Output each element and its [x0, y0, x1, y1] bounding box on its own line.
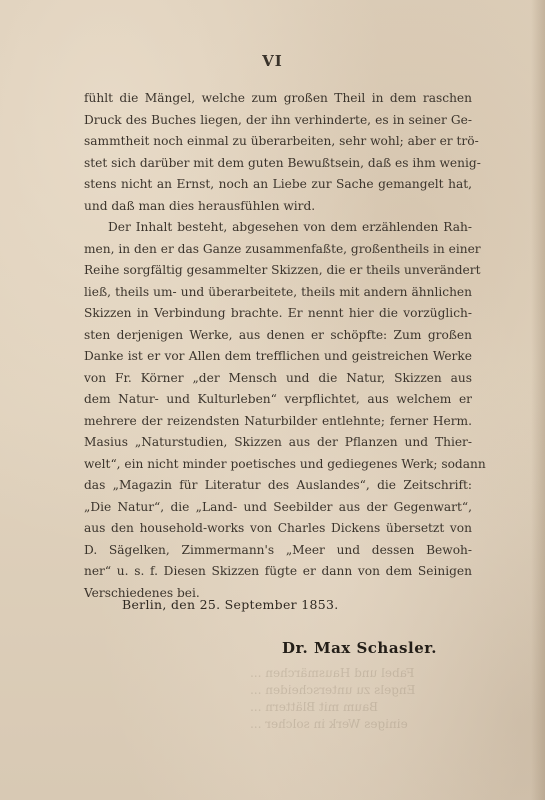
dateline: Berlin, den 25. September 1853.: [122, 597, 339, 612]
author-signature: Dr. Max Schasler.: [282, 639, 437, 657]
text-line: „Die Natur“, die „Land- und Seebilder au…: [84, 497, 472, 519]
text-line: Der Inhalt besteht, abgesehen von dem er…: [84, 217, 472, 239]
text-line: welt“, ein nicht minder poetisches und g…: [84, 454, 472, 476]
text-line: stet sich darüber mit dem guten Bewußtse…: [84, 153, 472, 175]
text-line: Reihe sorgfältig gesammelter Skizzen, di…: [84, 260, 472, 282]
paragraph-2: Der Inhalt besteht, abgesehen von dem er…: [84, 217, 472, 604]
text-line: Druck des Buches liegen, der ihn verhind…: [84, 110, 472, 132]
text-line: das „Magazin für Literatur des Auslandes…: [84, 475, 472, 497]
text-line: sten derjenigen Werke, aus denen er schö…: [84, 325, 472, 347]
bleed-line: Baum mit Blättern ...: [250, 699, 510, 716]
page-number: VI: [0, 52, 545, 70]
bleed-through-text: Fabel und Hausmärchen ... Engels zu unte…: [250, 665, 510, 733]
text-line: und daß man dies herausfühlen wird.: [84, 196, 472, 218]
body-text: fühlt die Mängel, welche zum großen Thei…: [84, 88, 472, 604]
page-edge-shadow: [531, 0, 545, 800]
text-line: stens nicht an Ernst, noch an Liebe zur …: [84, 174, 472, 196]
text-line: dem Natur- und Kulturleben“ verpflichtet…: [84, 389, 472, 411]
text-line: aus den household-works von Charles Dick…: [84, 518, 472, 540]
text-line: ner“ u. s. f. Diesen Skizzen fügte er da…: [84, 561, 472, 583]
bleed-line: Fabel und Hausmärchen ...: [250, 665, 510, 682]
bleed-line: einiges Werk in solcher ...: [250, 716, 510, 733]
text-line: D. Sägelken, Zimmermann's „Meer und dess…: [84, 540, 472, 562]
bleed-line: Engels zu unterscheiden ...: [250, 682, 510, 699]
text-line: mehrere der reizendsten Naturbilder entl…: [84, 411, 472, 433]
book-page: Fabel und Hausmärchen ... Engels zu unte…: [0, 0, 545, 800]
text-line: ließ, theils um- und überarbeitete, thei…: [84, 282, 472, 304]
text-line: men, in den er das Ganze zusammenfaßte, …: [84, 239, 472, 261]
paragraph-1: fühlt die Mängel, welche zum großen Thei…: [84, 88, 472, 217]
text-line: fühlt die Mängel, welche zum großen Thei…: [84, 88, 472, 110]
text-line: Danke ist er vor Allen dem trefflichen u…: [84, 346, 472, 368]
text-line: sammtheit noch einmal zu überarbeiten, s…: [84, 131, 472, 153]
text-line: von Fr. Körner „der Mensch und die Natur…: [84, 368, 472, 390]
text-line: Masius „Naturstudien, Skizzen aus der Pf…: [84, 432, 472, 454]
text-line: Skizzen in Verbindung brachte. Er nennt …: [84, 303, 472, 325]
